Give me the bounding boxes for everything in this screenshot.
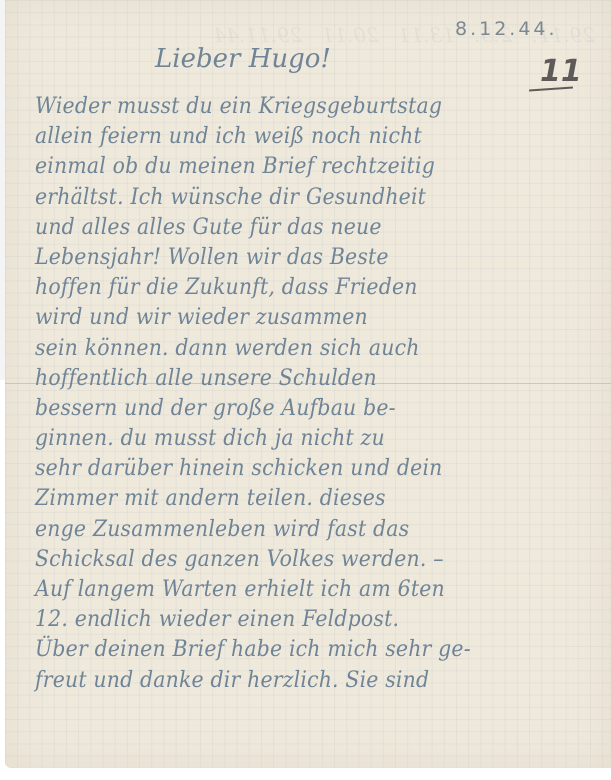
letter-line: Über deinen Brief habe ich mich sehr ge-: [35, 635, 555, 665]
salutation: Lieber Hugo!: [155, 44, 331, 74]
letter-line: ginnen. du musst dich ja nicht zu: [35, 424, 555, 454]
letter-line: sehr darüber hinein schicken und dein: [35, 454, 555, 484]
letter-line: und alles alles Gute für das neue: [35, 213, 555, 243]
page-number: 11: [540, 54, 582, 89]
letter-line: bessern und der große Aufbau be-: [35, 394, 555, 424]
letter-line: hoffentlich alle unsere Schulden: [35, 364, 555, 394]
letter-date: 8.12.44.: [455, 18, 558, 40]
letter-line: wird und wir wieder zusammen: [35, 303, 555, 333]
letter-line: erhältst. Ich wünsche dir Gesundheit: [35, 183, 555, 213]
letter-line: sein können. dann werden sich auch: [35, 334, 555, 364]
letter-line: Zimmer mit andern teilen. dieses: [35, 484, 555, 514]
letter-line: allein feiern und ich weiß noch nicht: [35, 122, 555, 152]
page-number-underline: [529, 86, 573, 91]
letter-line: Lebensjahr! Wollen wir das Beste: [35, 243, 555, 273]
letter-line: Schicksal des ganzen Volkes werden. –: [35, 545, 555, 575]
letter-line: freut und danke dir herzlich. Sie sind: [35, 666, 555, 696]
letter-line: Auf langem Warten erhielt ich am 6ten: [35, 575, 555, 605]
letter-line: 12. endlich wieder einen Feldpost.: [35, 605, 555, 635]
letter-line: einmal ob du meinen Brief rechtzeitig: [35, 152, 555, 182]
letter-page: 29.11. 2.5. 13.11 20.11 29.11.44 8.12.44…: [5, 0, 611, 768]
letter-line: Wieder musst du ein Kriegsgeburtstag: [35, 92, 555, 122]
letter-line: enge Zusammenleben wird fast das: [35, 515, 555, 545]
letter-body: Wieder musst du ein Kriegsgeburtstag all…: [35, 92, 595, 696]
letter-line: hoffen für die Zukunft, dass Frieden: [35, 273, 555, 303]
